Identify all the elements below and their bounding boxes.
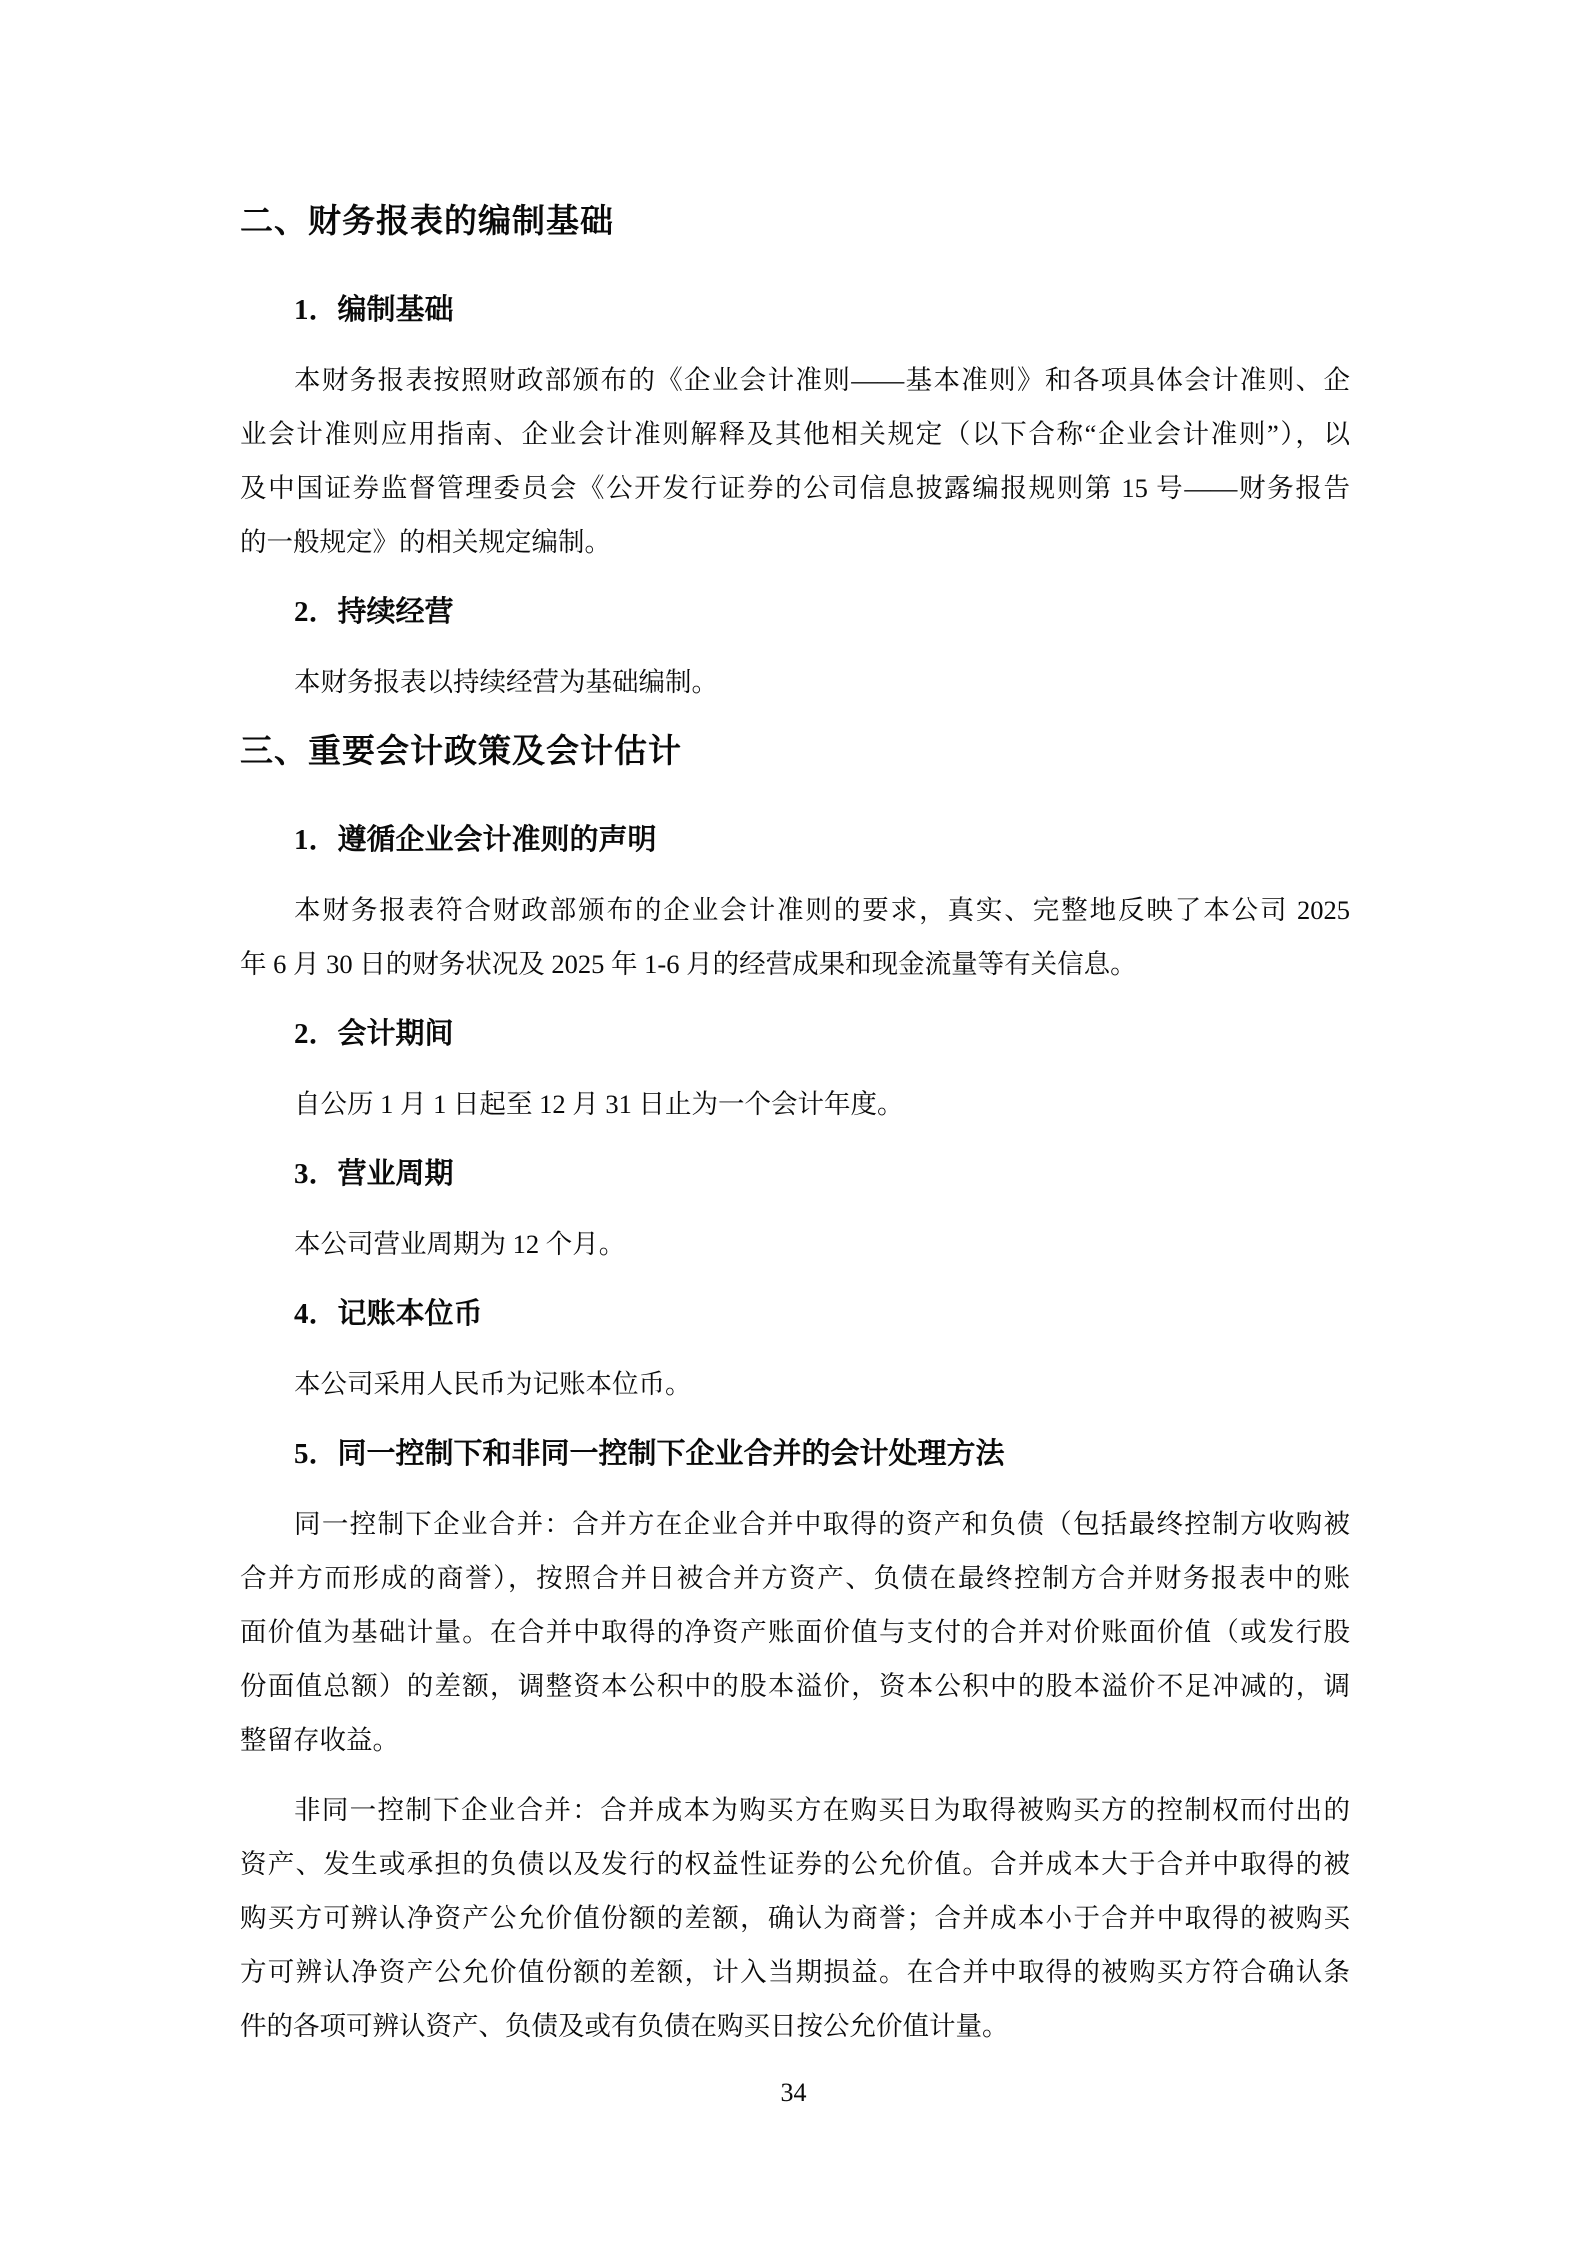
section-heading: 三、重要会计政策及会计估计	[240, 725, 1350, 779]
paragraph-line: 份面值总额）的差额，调整资本公积中的股本溢价，资本公积中的股本溢价不足冲减的，调	[240, 1659, 1350, 1713]
subsection-heading: 4．记账本位币	[240, 1287, 1350, 1341]
paragraph: 本财务报表按照财政部颁布的《企业会计准则——基本准则》和各项具体会计准则、企业会…	[240, 353, 1350, 569]
subsection-heading: 1．编制基础	[240, 283, 1350, 337]
page-number: 34	[781, 2078, 807, 2107]
paragraph-line: 方可辨认净资产公允价值份额的差额，计入当期损益。在合并中取得的被购买方符合确认条	[240, 1945, 1350, 1999]
paragraph-line: 非同一控制下企业合并：合并成本为购买方在购买日为取得被购买方的控制权而付出的	[240, 1783, 1350, 1837]
paragraph-line: 本财务报表符合财政部颁布的企业会计准则的要求，真实、完整地反映了本公司 2025	[240, 883, 1350, 937]
paragraph-line: 资产、发生或承担的负债以及发行的权益性证券的公允价值。合并成本大于合并中取得的被	[240, 1837, 1350, 1891]
paragraph-line: 本财务报表按照财政部颁布的《企业会计准则——基本准则》和各项具体会计准则、企	[240, 353, 1350, 407]
paragraph: 非同一控制下企业合并：合并成本为购买方在购买日为取得被购买方的控制权而付出的资产…	[240, 1783, 1350, 2053]
paragraph-line: 整留存收益。	[240, 1713, 1350, 1767]
paragraph: 自公历 1 月 1 日起至 12 月 31 日止为一个会计年度。	[240, 1077, 1350, 1131]
paragraph-line: 业会计准则应用指南、企业会计准则解释及其他相关规定（以下合称“企业会计准则”），…	[240, 407, 1350, 461]
paragraph-line: 本财务报表以持续经营为基础编制。	[240, 655, 1350, 709]
paragraph: 本公司营业周期为 12 个月。	[240, 1217, 1350, 1271]
paragraph-line: 本公司营业周期为 12 个月。	[240, 1217, 1350, 1271]
document-page: 二、财务报表的编制基础1．编制基础本财务报表按照财政部颁布的《企业会计准则——基…	[0, 0, 1587, 2245]
document-body: 二、财务报表的编制基础1．编制基础本财务报表按照财政部颁布的《企业会计准则——基…	[240, 195, 1350, 2053]
paragraph-line: 自公历 1 月 1 日起至 12 月 31 日止为一个会计年度。	[240, 1077, 1350, 1131]
page-footer: 34	[0, 2078, 1587, 2108]
subsection-heading: 3．营业周期	[240, 1147, 1350, 1201]
section-heading: 二、财务报表的编制基础	[240, 195, 1350, 249]
subsection-heading: 5．同一控制下和非同一控制下企业合并的会计处理方法	[240, 1427, 1350, 1481]
paragraph-line: 购买方可辨认净资产公允价值份额的差额，确认为商誉；合并成本小于合并中取得的被购买	[240, 1891, 1350, 1945]
paragraph-line: 同一控制下企业合并：合并方在企业合并中取得的资产和负债（包括最终控制方收购被	[240, 1497, 1350, 1551]
paragraph-line: 合并方而形成的商誉），按照合并日被合并方资产、负债在最终控制方合并财务报表中的账	[240, 1551, 1350, 1605]
paragraph-line: 及中国证券监督管理委员会《公开发行证券的公司信息披露编报规则第 15 号——财务…	[240, 461, 1350, 515]
subsection-heading: 2．持续经营	[240, 585, 1350, 639]
paragraph-line: 面价值为基础计量。在合并中取得的净资产账面价值与支付的合并对价账面价值（或发行股	[240, 1605, 1350, 1659]
paragraph: 本财务报表符合财政部颁布的企业会计准则的要求，真实、完整地反映了本公司 2025…	[240, 883, 1350, 991]
paragraph: 同一控制下企业合并：合并方在企业合并中取得的资产和负债（包括最终控制方收购被合并…	[240, 1497, 1350, 1767]
subsection-heading: 1．遵循企业会计准则的声明	[240, 813, 1350, 867]
paragraph-line: 件的各项可辨认资产、负债及或有负债在购买日按公允价值计量。	[240, 1999, 1350, 2053]
paragraph: 本公司采用人民币为记账本位币。	[240, 1357, 1350, 1411]
paragraph-line: 本公司采用人民币为记账本位币。	[240, 1357, 1350, 1411]
paragraph-line: 年 6 月 30 日的财务状况及 2025 年 1-6 月的经营成果和现金流量等…	[240, 937, 1350, 991]
subsection-heading: 2．会计期间	[240, 1007, 1350, 1061]
paragraph-line: 的一般规定》的相关规定编制。	[240, 515, 1350, 569]
paragraph: 本财务报表以持续经营为基础编制。	[240, 655, 1350, 709]
